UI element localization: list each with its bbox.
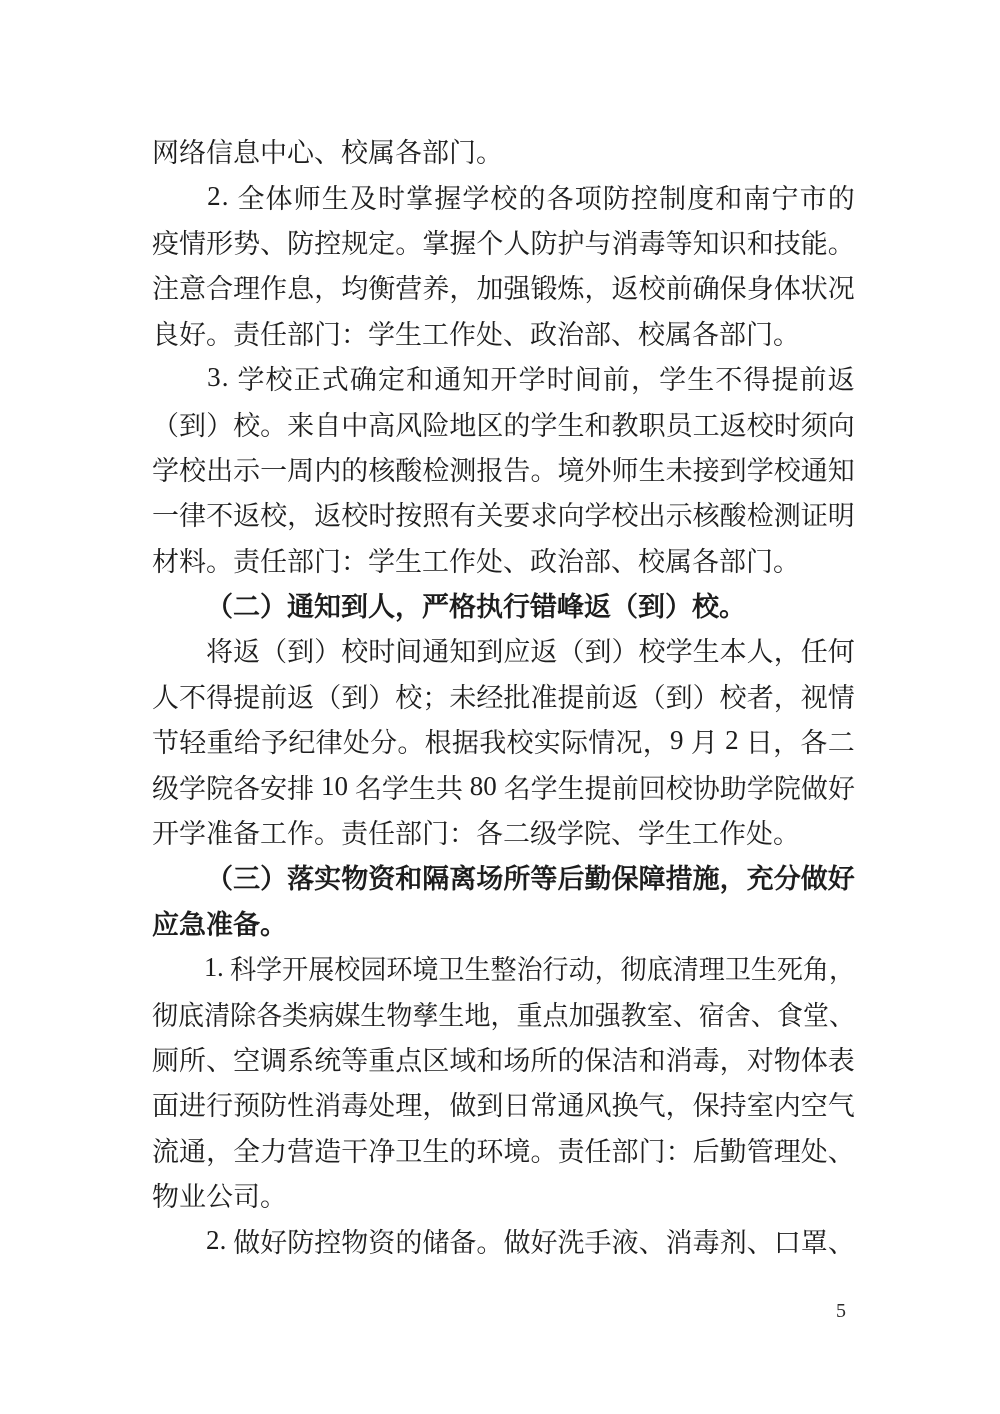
- glyph: 锻: [530, 267, 557, 306]
- glyph: 各: [692, 313, 719, 352]
- glyph: 充: [747, 857, 774, 896]
- glyph: 政: [530, 313, 557, 352]
- glyph: 。: [476, 1221, 503, 1260]
- glyph: 等: [530, 857, 557, 896]
- glyph: 厕: [152, 1039, 179, 1078]
- glyph: 做: [503, 1221, 530, 1260]
- glyph: 管: [747, 1130, 774, 1169]
- glyph: 行: [503, 585, 530, 624]
- glyph: 风: [585, 1084, 612, 1123]
- glyph: 情: [179, 222, 206, 261]
- glyph: 作: [449, 313, 476, 352]
- glyph: 责: [341, 812, 368, 851]
- glyph: ，: [643, 721, 670, 760]
- glyph: 作: [449, 540, 476, 579]
- glyph: ）: [612, 630, 639, 669]
- glyph: 共: [436, 767, 463, 806]
- glyph: 表: [828, 1039, 855, 1078]
- glyph: 生: [464, 948, 490, 987]
- glyph: 液: [612, 1221, 639, 1260]
- glyph: 告: [503, 449, 530, 488]
- text-line: 开学准备工作。责任部门：各二级学院、学生工作处。: [152, 809, 855, 854]
- glyph: 防: [603, 177, 630, 216]
- glyph: 测: [449, 449, 476, 488]
- glyph: 做: [801, 767, 828, 806]
- glyph: 系: [287, 1039, 314, 1078]
- glyph: 全: [233, 1130, 260, 1169]
- glyph: [463, 771, 470, 802]
- glyph: 0: [335, 771, 349, 802]
- glyph: 一: [152, 494, 179, 533]
- text-line: 物业公司。: [152, 1172, 855, 1217]
- glyph: 理: [395, 1084, 422, 1123]
- glyph: 。: [719, 585, 746, 624]
- glyph: 体: [801, 1039, 828, 1078]
- glyph: 轻: [179, 721, 206, 760]
- glyph: 对: [747, 1039, 774, 1078]
- glyph: 理: [233, 267, 260, 306]
- glyph: 时: [378, 177, 405, 216]
- glyph: 。: [397, 721, 424, 760]
- glyph: 行: [543, 948, 569, 987]
- glyph: 内: [774, 1084, 801, 1123]
- glyph: 教: [621, 994, 647, 1033]
- glyph: 。: [206, 313, 233, 352]
- glyph: 校: [490, 177, 517, 216]
- glyph: 舍: [725, 994, 751, 1033]
- glyph: 返: [314, 494, 341, 533]
- glyph: 流: [152, 1130, 179, 1169]
- glyph: 。: [260, 903, 287, 942]
- glyph: 严: [422, 585, 449, 624]
- glyph: 境: [557, 449, 584, 488]
- glyph: 治: [517, 948, 543, 987]
- glyph: 职: [639, 404, 666, 443]
- glyph: 信: [206, 131, 233, 170]
- glyph: 通: [434, 358, 461, 397]
- glyph: 政: [530, 540, 557, 579]
- glyph: 不: [715, 358, 742, 397]
- glyph: 示: [233, 449, 260, 488]
- glyph: ）: [260, 857, 287, 896]
- glyph: 保: [720, 267, 747, 306]
- glyph: 向: [557, 494, 584, 533]
- glyph: 急: [179, 903, 206, 942]
- glyph: 校: [395, 676, 422, 715]
- glyph: 向: [828, 404, 855, 443]
- glyph: 、: [503, 313, 530, 352]
- glyph: 手: [585, 1221, 612, 1260]
- glyph: 握: [434, 177, 461, 216]
- glyph: 人: [747, 630, 774, 669]
- glyph: 和: [406, 358, 433, 397]
- glyph: 校: [774, 449, 801, 488]
- glyph: 生: [557, 404, 584, 443]
- glyph: 风: [395, 404, 422, 443]
- glyph: 提: [233, 676, 260, 715]
- glyph: 示: [666, 494, 693, 533]
- glyph: 律: [179, 494, 206, 533]
- glyph: 食: [777, 994, 803, 1033]
- glyph: 点: [543, 994, 569, 1033]
- glyph: 、: [829, 994, 855, 1033]
- glyph: ：: [341, 540, 368, 579]
- glyph: （: [206, 857, 233, 896]
- glyph: 校: [341, 131, 368, 170]
- text-line: 学校出示一周内的核酸检测报告。境外师生未接到学校通知: [152, 446, 855, 491]
- glyph: 备: [449, 1221, 476, 1260]
- glyph: 孳: [412, 994, 438, 1033]
- glyph: 造: [314, 1130, 341, 1169]
- glyph: 加: [569, 994, 595, 1033]
- glyph: 知: [462, 358, 489, 397]
- glyph: 市: [800, 177, 827, 216]
- glyph: 类: [282, 994, 308, 1033]
- glyph: 给: [234, 721, 261, 760]
- glyph: 及: [350, 177, 377, 216]
- glyph: 准: [206, 903, 233, 942]
- glyph: 周: [287, 449, 314, 488]
- glyph: 险: [422, 404, 449, 443]
- glyph: ，: [773, 721, 800, 760]
- text-line: 材料。责任部门：学生工作处、政治部、校属各部门。: [152, 537, 855, 582]
- glyph: 炼: [557, 267, 584, 306]
- glyph: 关: [476, 494, 503, 533]
- page-background: 网络信息中心、校属各部门。2. 全体师生及时掌握学校的各项防控制度和南宁市的疫情…: [0, 0, 1000, 1414]
- glyph: 校: [341, 494, 368, 533]
- glyph: 员: [666, 404, 693, 443]
- glyph: 毒: [693, 1221, 720, 1260]
- glyph: 属: [665, 313, 692, 352]
- glyph: 消: [314, 1084, 341, 1123]
- glyph: 治: [557, 313, 584, 352]
- glyph: 物: [341, 857, 368, 896]
- glyph: 二: [503, 812, 530, 851]
- glyph: 重: [207, 721, 234, 760]
- glyph: 均: [341, 267, 368, 306]
- glyph: ）: [314, 630, 341, 669]
- glyph: 生: [409, 767, 436, 806]
- glyph: ：: [341, 313, 368, 352]
- glyph: 校: [179, 449, 206, 488]
- glyph: 、: [206, 1039, 233, 1078]
- glyph: 日: [503, 1084, 530, 1123]
- glyph: 节: [152, 721, 179, 760]
- glyph: 面: [152, 1084, 179, 1123]
- glyph: 卫: [395, 1130, 422, 1169]
- glyph: 保: [693, 1084, 720, 1123]
- glyph: 据: [452, 721, 479, 760]
- glyph: 口: [774, 1221, 801, 1260]
- glyph: 部: [719, 313, 746, 352]
- glyph: 度: [687, 177, 714, 216]
- glyph: 制: [659, 177, 686, 216]
- text-line: 2. 做好防控物资的储备。做好洗手液、消毒剂、口罩、: [152, 1217, 855, 1262]
- glyph: 卫: [725, 948, 751, 987]
- glyph: 生: [693, 630, 720, 669]
- glyph: 握: [449, 222, 476, 261]
- glyph: .: [220, 1225, 227, 1256]
- glyph: 式: [322, 358, 349, 397]
- glyph: 地: [464, 994, 490, 1033]
- glyph: 提: [772, 358, 799, 397]
- glyph: 网: [152, 131, 179, 170]
- glyph: 到: [584, 630, 611, 669]
- glyph: 生: [687, 358, 714, 397]
- glyph: 门: [746, 540, 773, 579]
- glyph: 做: [449, 1084, 476, 1123]
- glyph: 处: [746, 812, 773, 851]
- glyph: 我: [479, 721, 506, 760]
- glyph: ，: [206, 1130, 233, 1169]
- glyph: 安: [260, 767, 287, 806]
- glyph: 部: [395, 812, 422, 851]
- glyph: 好: [828, 767, 855, 806]
- glyph: ：: [449, 812, 476, 851]
- glyph: 酸: [720, 494, 747, 533]
- glyph: 能: [801, 222, 828, 261]
- glyph: ，: [666, 1084, 693, 1123]
- glyph: 后: [693, 1130, 720, 1169]
- glyph: 所: [503, 857, 530, 896]
- glyph: 检: [422, 449, 449, 488]
- glyph: 前: [603, 358, 630, 397]
- glyph: 衡: [368, 267, 395, 306]
- glyph: 经: [476, 676, 503, 715]
- glyph: 教: [612, 404, 639, 443]
- glyph: 作: [260, 267, 287, 306]
- glyph: 酸: [395, 449, 422, 488]
- glyph: 通: [801, 449, 828, 488]
- glyph: 应: [152, 903, 179, 942]
- glyph: 全: [237, 177, 264, 216]
- glyph: 核: [693, 494, 720, 533]
- glyph: 的: [503, 404, 530, 443]
- glyph: ，: [287, 494, 314, 533]
- glyph: 料: [179, 540, 206, 579]
- glyph: 点: [395, 1039, 422, 1078]
- glyph: 理: [774, 1130, 801, 1169]
- glyph: 门: [746, 313, 773, 352]
- glyph: ，: [595, 948, 621, 987]
- glyph: 生: [322, 177, 349, 216]
- glyph: 、: [751, 994, 777, 1033]
- glyph: 作: [287, 812, 314, 851]
- text-line: 级学院各安排 10 名学生共 80 名学生提前回校协助学院做好: [152, 763, 855, 808]
- glyph: 与: [585, 222, 612, 261]
- glyph: 时: [774, 404, 801, 443]
- glyph: 所: [530, 1039, 557, 1078]
- glyph: 校: [260, 494, 287, 533]
- glyph: 责: [233, 540, 260, 579]
- glyph: 开: [490, 358, 517, 397]
- glyph: 根: [425, 721, 452, 760]
- glyph: 物: [341, 1221, 368, 1260]
- glyph: 知: [693, 222, 720, 261]
- glyph: 各: [256, 994, 282, 1033]
- glyph: 9: [670, 725, 684, 756]
- glyph: 间: [395, 630, 422, 669]
- glyph: 学: [368, 540, 395, 579]
- glyph: 任: [801, 630, 828, 669]
- glyph: 的: [341, 449, 368, 488]
- glyph: 自: [314, 404, 341, 443]
- glyph: 掌: [406, 177, 433, 216]
- glyph: 所: [179, 1039, 206, 1078]
- glyph: 不: [206, 494, 233, 533]
- glyph: 剂: [720, 1221, 747, 1260]
- glyph: 络: [179, 131, 206, 170]
- glyph: 离: [449, 857, 476, 896]
- glyph: 做: [801, 857, 828, 896]
- glyph: 返: [828, 358, 855, 397]
- glyph: 时: [368, 630, 395, 669]
- glyph: 1: [321, 771, 335, 802]
- glyph: 人: [368, 585, 395, 624]
- glyph: 中: [341, 404, 368, 443]
- glyph: 卫: [438, 948, 464, 987]
- glyph: 高: [368, 404, 395, 443]
- glyph: 校: [747, 404, 774, 443]
- glyph: 学: [638, 812, 665, 851]
- text-line: 疫情形势、防控规定。掌握个人防护与消毒等知识和技能。: [152, 219, 855, 264]
- glyph: 生: [558, 767, 585, 806]
- text-line: 厕所、空调系统等重点区域和场所的保洁和消毒，对物体表: [152, 1036, 855, 1081]
- glyph: 部: [287, 313, 314, 352]
- glyph: 物: [774, 1039, 801, 1078]
- glyph: 部: [287, 540, 314, 579]
- glyph: 室: [747, 1084, 774, 1123]
- glyph: 生: [639, 449, 666, 488]
- glyph: 返: [287, 676, 314, 715]
- glyph: 学: [666, 630, 693, 669]
- text-line: 一律不返校，返校时按照有关要求向学校出示核酸检测证明: [152, 491, 855, 536]
- glyph: 况: [616, 721, 643, 760]
- glyph: 级: [530, 812, 557, 851]
- glyph: 生: [438, 994, 464, 1033]
- glyph: 处: [368, 1084, 395, 1123]
- glyph: 到: [666, 676, 693, 715]
- glyph: 环: [386, 948, 412, 987]
- glyph: 息: [233, 131, 260, 170]
- glyph: 预: [233, 1084, 260, 1123]
- glyph: 错: [530, 585, 557, 624]
- glyph: 强: [503, 267, 530, 306]
- glyph: 视: [801, 676, 828, 715]
- glyph: ）: [665, 585, 692, 624]
- glyph: 、: [611, 812, 638, 851]
- glyph: 、: [503, 540, 530, 579]
- glyph: 物: [386, 994, 412, 1033]
- glyph: 控: [314, 1221, 341, 1260]
- glyph: （: [639, 676, 666, 715]
- glyph: 消: [612, 222, 639, 261]
- glyph: 情: [588, 721, 615, 760]
- glyph: 换: [612, 1084, 639, 1123]
- glyph: 洁: [612, 1039, 639, 1078]
- glyph: 。: [773, 313, 800, 352]
- glyph: 接: [693, 449, 720, 488]
- glyph: ）: [368, 676, 395, 715]
- glyph: 工: [422, 540, 449, 579]
- text-line: 面进行预防性消毒处理，做到日常通风换气，保持室内空气: [152, 1081, 855, 1126]
- glyph: 门: [422, 812, 449, 851]
- text-line: 彻底清除各类病媒生物孳生地，重点加强教室、宿舍、食堂、: [152, 990, 830, 1035]
- glyph: 返: [720, 404, 747, 443]
- glyph: 三: [233, 857, 260, 896]
- glyph: 未: [666, 449, 693, 488]
- glyph: 检: [747, 494, 774, 533]
- text-line: 注意合理作息，均衡营养，加强锻炼，返校前确保身体状况: [152, 264, 855, 309]
- glyph: 消: [666, 1221, 693, 1260]
- glyph: 门: [314, 540, 341, 579]
- glyph: 勤: [720, 1130, 747, 1169]
- glyph: ，: [631, 358, 658, 397]
- glyph: 峰: [557, 585, 584, 624]
- glyph: 气: [828, 1084, 855, 1123]
- glyph: 人: [503, 222, 530, 261]
- glyph: 通: [287, 585, 314, 624]
- glyph: 、: [828, 1221, 855, 1260]
- glyph: 任: [585, 1130, 612, 1169]
- glyph: 后: [557, 857, 584, 896]
- glyph: 整: [490, 948, 516, 987]
- glyph: 级: [152, 767, 179, 806]
- text-line: 流通，全力营造干净卫生的环境。责任部门：后勤管理处、: [152, 1127, 855, 1172]
- glyph: 。: [206, 540, 233, 579]
- glyph: 责: [557, 1130, 584, 1169]
- glyph: 工: [260, 812, 287, 851]
- glyph: 重: [368, 1039, 395, 1078]
- glyph: 。: [773, 540, 800, 579]
- glyph: 生: [665, 812, 692, 851]
- glyph: ，: [314, 267, 341, 306]
- glyph: 身: [747, 267, 774, 306]
- glyph: 学: [179, 812, 206, 851]
- glyph: 月: [691, 721, 718, 760]
- heading-line: （二）通知到人，严格执行错峰返（到）校。: [152, 582, 855, 627]
- glyph: 何: [828, 630, 855, 669]
- glyph: 、: [747, 1221, 774, 1260]
- glyph: 分: [370, 721, 397, 760]
- glyph: 控: [631, 177, 658, 216]
- glyph: ，: [422, 1084, 449, 1123]
- glyph: 学: [152, 449, 179, 488]
- glyph: 部: [584, 313, 611, 352]
- glyph: [684, 725, 691, 756]
- text-line: 1. 科学开展校园环境卫生整治行动，彻底清理卫生死角，: [152, 945, 830, 990]
- glyph: 名: [504, 767, 531, 806]
- glyph: 学: [368, 313, 395, 352]
- glyph: 除: [230, 994, 256, 1033]
- glyph: 执: [476, 585, 503, 624]
- glyph: 返: [233, 630, 260, 669]
- glyph: 防: [530, 222, 557, 261]
- glyph: 外: [585, 449, 612, 488]
- glyph: 中: [260, 131, 287, 170]
- glyph: ，: [395, 585, 422, 624]
- glyph: 学: [659, 358, 686, 397]
- glyph: 展: [308, 948, 334, 987]
- glyph: 处: [476, 540, 503, 579]
- glyph: ）: [693, 676, 720, 715]
- glyph: 勤: [584, 857, 611, 896]
- glyph: [739, 725, 746, 756]
- glyph: 要: [503, 494, 530, 533]
- glyph: 到: [638, 585, 665, 624]
- glyph: 前: [612, 767, 639, 806]
- glyph: 学: [557, 812, 584, 851]
